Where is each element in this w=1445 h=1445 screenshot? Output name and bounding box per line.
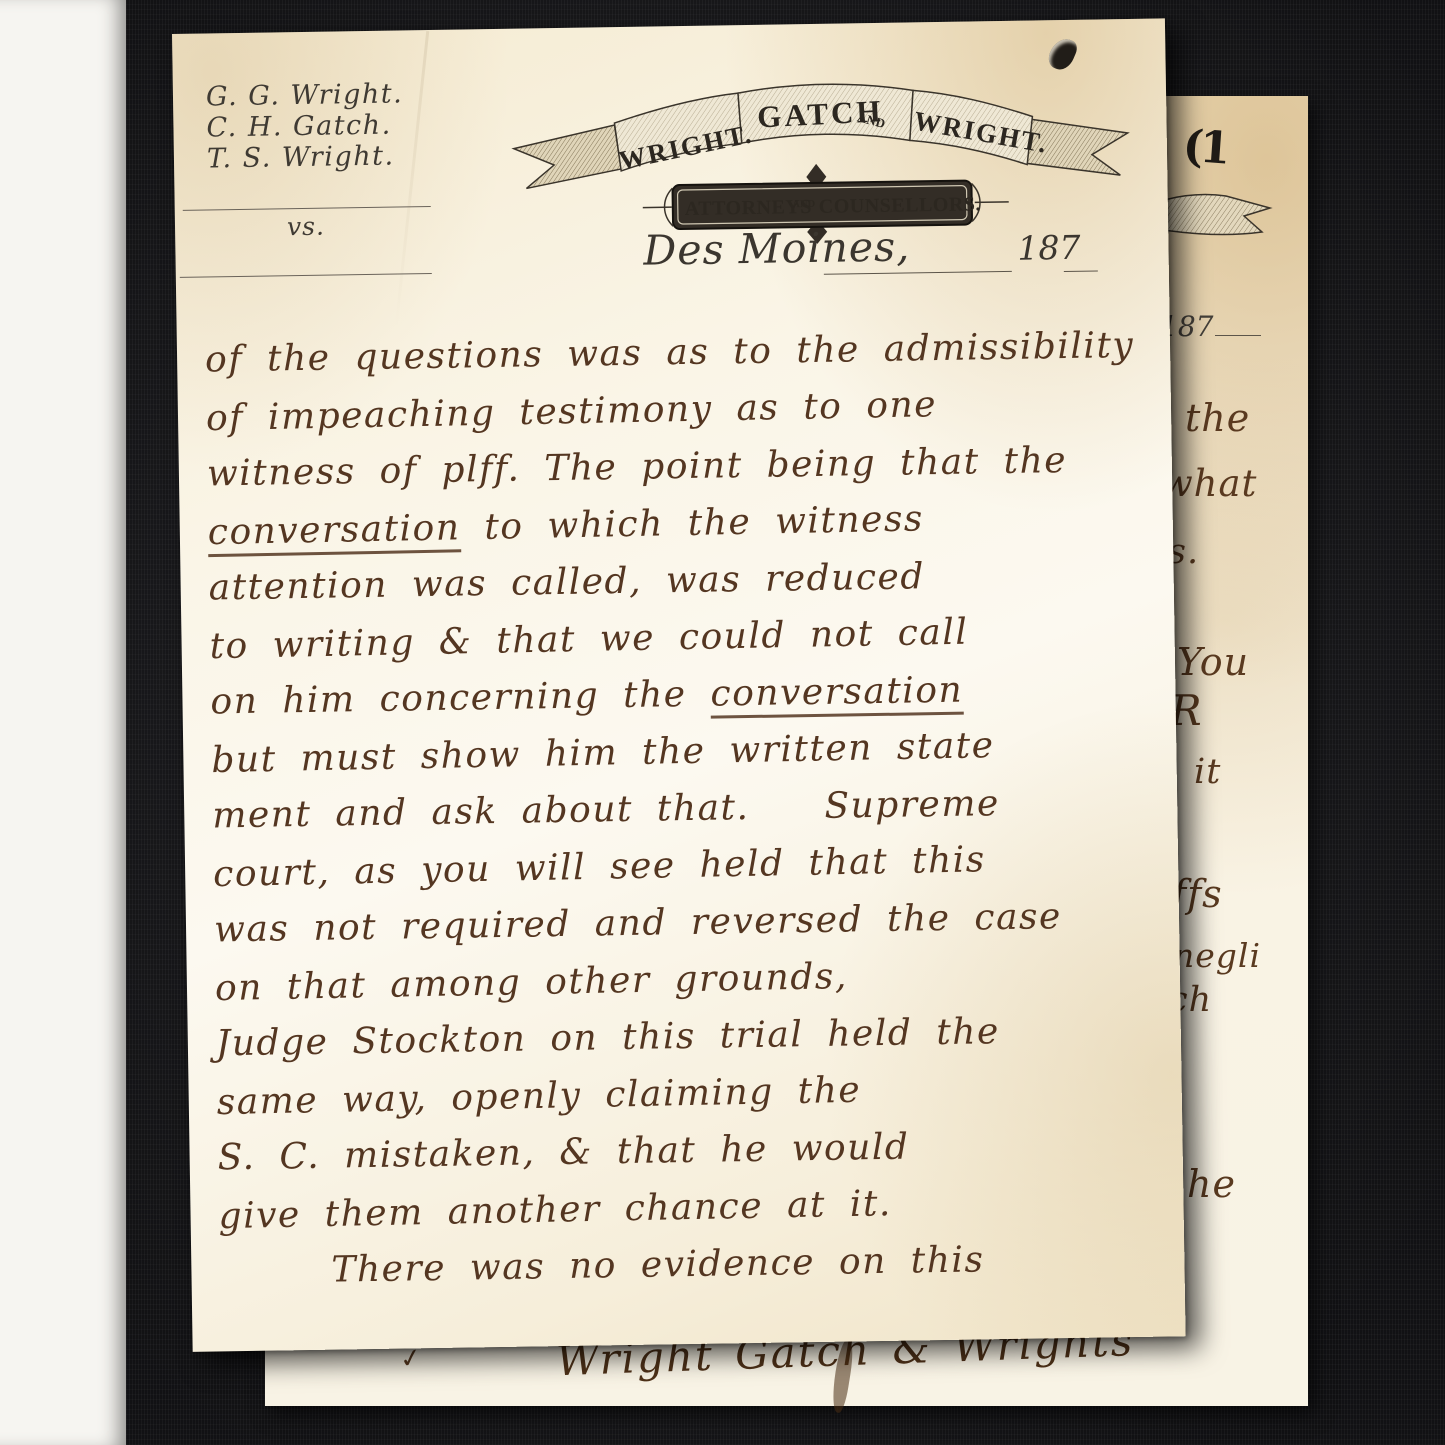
page2-year-rule xyxy=(1215,335,1261,336)
photo-of-letters: (1 187 the what s. You R it ffs negli ch… xyxy=(0,0,1445,1445)
handwriting-fragment: the xyxy=(1185,396,1250,440)
handwriting-fragment: negli xyxy=(1173,936,1261,975)
handwriting-fragment: what xyxy=(1161,462,1257,505)
paper-crease xyxy=(394,31,429,330)
attorney-name: C. H. Gatch. xyxy=(206,109,404,143)
plaque-counsellors-text: COUNSELLORS. xyxy=(819,193,981,218)
dateline-rule-short xyxy=(1064,270,1098,272)
versus-label: vs. xyxy=(287,212,325,242)
attorney-names-block: G. G. Wright. C. H. Gatch. T. S. Wright. xyxy=(206,78,405,174)
letter-page-1: G. G. Wright. C. H. Gatch. T. S. Wright.… xyxy=(172,18,1186,1351)
case-caption-rule xyxy=(183,206,431,211)
handwriting-fragment: You xyxy=(1177,640,1249,684)
page2-corner-mark: (1 xyxy=(1181,121,1228,175)
page2-dateline-year: 187 xyxy=(1160,310,1261,343)
ribbon-left-tail xyxy=(513,125,621,189)
dateline: Des Moines, 187 xyxy=(172,18,1165,34)
handwriting-fragment: it xyxy=(1194,752,1221,792)
dateline-rule xyxy=(824,271,1012,275)
case-caption-rule xyxy=(180,273,432,278)
handwriting-fragment: ffs xyxy=(1172,872,1223,916)
attorney-name: G. G. Wright. xyxy=(206,78,404,112)
scan-edge-strip xyxy=(0,0,126,1445)
attorney-name: T. S. Wright. xyxy=(207,140,405,174)
dateline-city: Des Moines, xyxy=(643,222,910,274)
paper-tear-hole xyxy=(1045,35,1080,74)
plaque-and-text: AND xyxy=(792,199,815,210)
dateline-year: 187 xyxy=(1017,228,1081,268)
handwriting-fragment: he xyxy=(1187,1162,1236,1206)
